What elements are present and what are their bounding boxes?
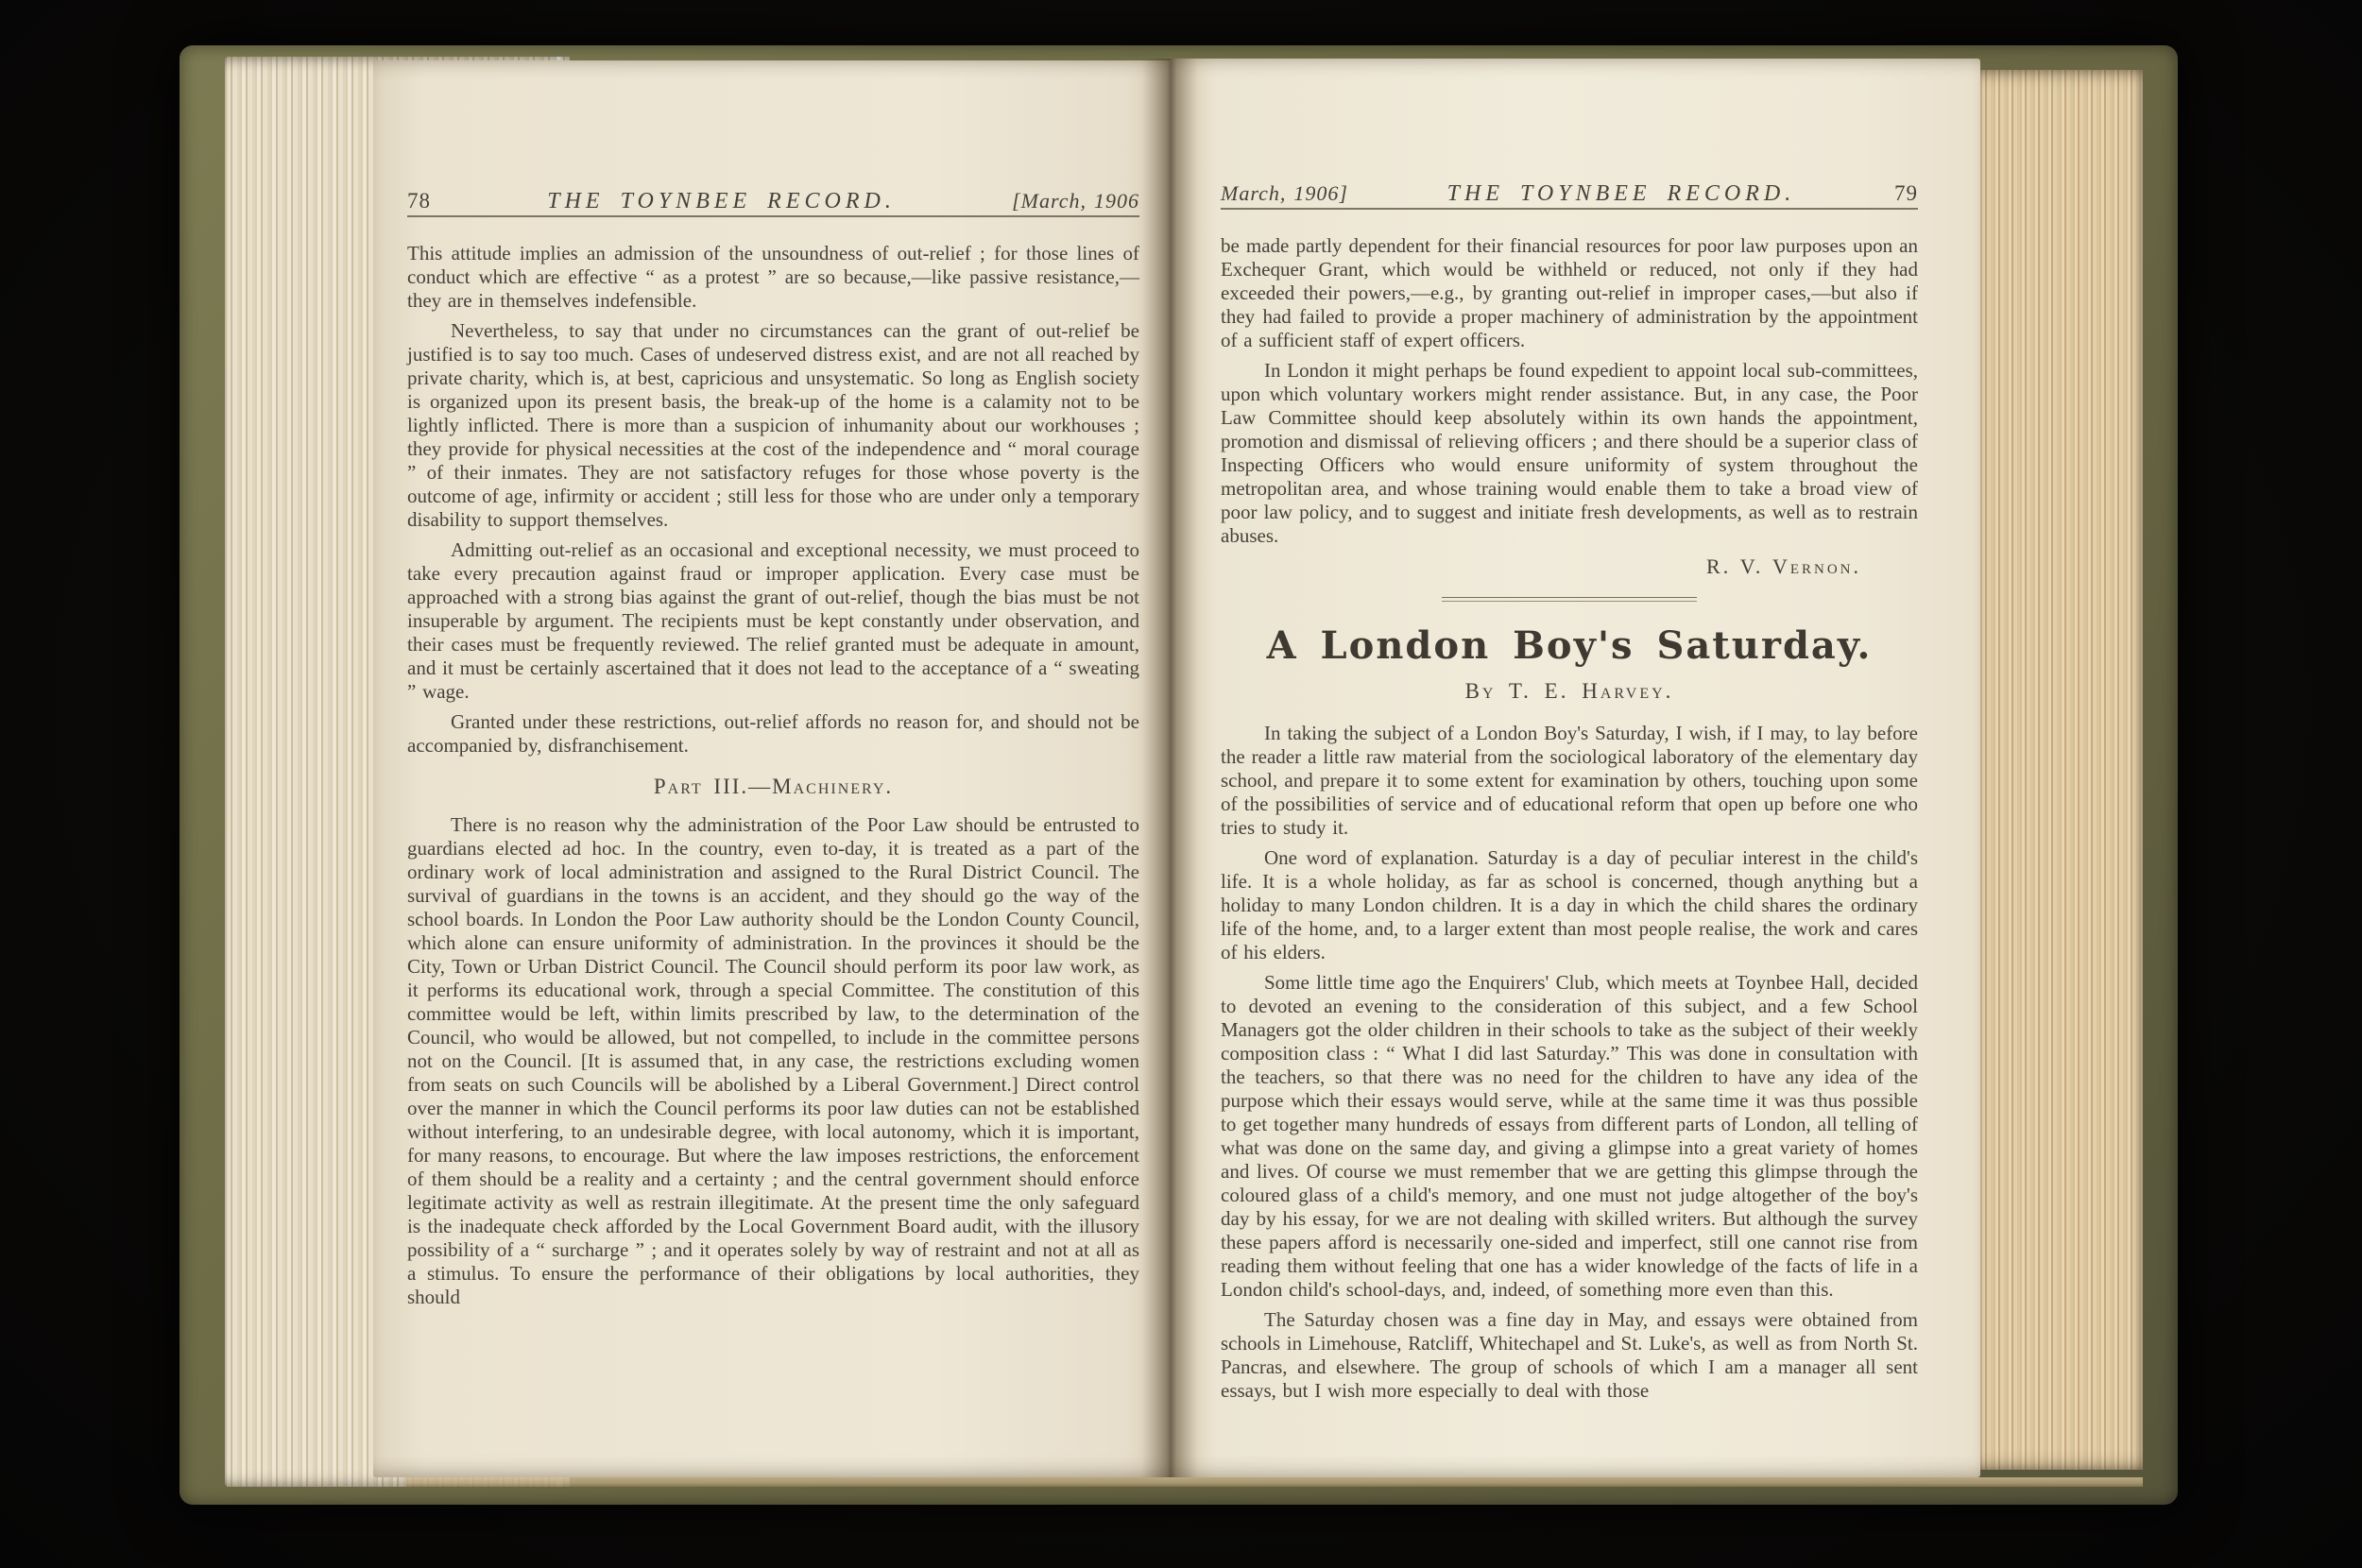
head-rule-left bbox=[407, 215, 1139, 217]
article-title: A London Boy's Saturday. bbox=[1221, 624, 1918, 668]
right-page: March, 1906] THE TOYNBEE RECORD. 79 be m… bbox=[1170, 59, 1980, 1477]
paragraph: Granted under these restrictions, out-re… bbox=[407, 710, 1139, 758]
journal-title-right: THE TOYNBEE RECORD. bbox=[1447, 182, 1796, 206]
section-heading: Part III.—Machinery. bbox=[407, 775, 1139, 798]
right-page-number: 79 bbox=[1894, 181, 1918, 205]
paragraph: This attitude implies an admission of th… bbox=[407, 242, 1139, 313]
author-signature: R. V. Vernon. bbox=[1221, 554, 1918, 578]
paragraph: be made partly dependent for their finan… bbox=[1221, 234, 1918, 352]
left-running-head: 78 THE TOYNBEE RECORD. [March, 1906 bbox=[407, 189, 1139, 213]
open-book: 78 THE TOYNBEE RECORD. [March, 1906 This… bbox=[180, 45, 2178, 1505]
article-divider-rule bbox=[1442, 597, 1697, 602]
paragraph: Nevertheless, to say that under no circu… bbox=[407, 319, 1139, 532]
paragraph: There is no reason why the administratio… bbox=[407, 813, 1139, 1309]
paragraph: Admitting out-relief as an occasional an… bbox=[407, 538, 1139, 704]
bottom-page-edges bbox=[406, 1477, 2143, 1487]
paragraph: In taking the subject of a London Boy's … bbox=[1221, 722, 1918, 840]
paragraph: In London it might perhaps be found expe… bbox=[1221, 359, 1918, 548]
issue-date-left: [March, 1906 bbox=[1012, 189, 1139, 213]
right-fore-edge-pages bbox=[1980, 70, 2143, 1470]
paragraph: One word of explanation. Saturday is a d… bbox=[1221, 846, 1918, 964]
paragraph: Some little time ago the Enquirers' Club… bbox=[1221, 971, 1918, 1302]
paragraph: The Saturday chosen was a fine day in Ma… bbox=[1221, 1308, 1918, 1403]
left-page: 78 THE TOYNBEE RECORD. [March, 1906 This… bbox=[373, 60, 1170, 1477]
head-rule-right bbox=[1221, 208, 1918, 210]
issue-date-right: March, 1906] bbox=[1221, 181, 1348, 205]
journal-title-left: THE TOYNBEE RECORD. bbox=[547, 190, 896, 213]
left-page-number: 78 bbox=[407, 189, 431, 213]
right-running-head: March, 1906] THE TOYNBEE RECORD. 79 bbox=[1221, 181, 1918, 206]
article-byline: By T. E. Harvey. bbox=[1221, 679, 1918, 703]
